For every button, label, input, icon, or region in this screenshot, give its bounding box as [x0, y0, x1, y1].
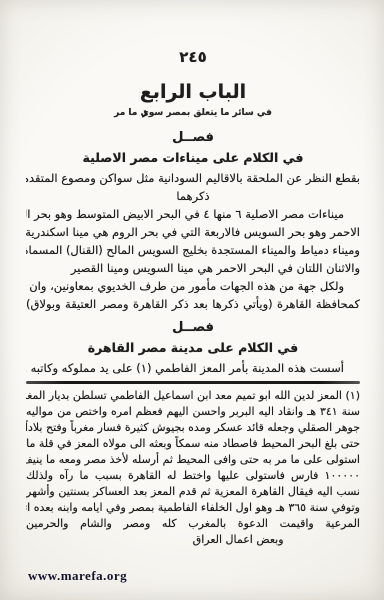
ports-section-body: بقطع النظر عن الملحقة بالاقاليم السوداني…	[26, 169, 360, 313]
body-line: كمحافظة القاهرة (ويأتي ذكرها بعد ذكر الق…	[26, 295, 360, 313]
body-line: ذكرهما	[26, 187, 360, 205]
footnote-line: استولى على ما مر به حتى وافى المحيط ثم أ…	[26, 452, 360, 468]
page-number: ٢٤٥	[26, 48, 360, 66]
body-line: أسست هذه المدينة بأمر المعز الفاطمي (١) …	[26, 359, 360, 377]
body-line: الاحمر وهو بحر السويس فالاربعة التي في ب…	[26, 223, 360, 241]
cairo-section-body: أسست هذه المدينة بأمر المعز الفاطمي (١) …	[26, 359, 360, 377]
section-heading-ports: فصــل	[26, 129, 360, 146]
chapter-title: الباب الرابع	[26, 80, 360, 105]
body-line: وميناء دمياط والميناء المستجدة بخليج الس…	[26, 241, 360, 259]
book-page: ٢٤٥ الباب الرابع في سائر ما يتعلق بمصر س…	[0, 0, 384, 600]
section-subheading-ports: في الكلام على ميناءات مصر الاصلية	[26, 150, 360, 166]
footnote-line: المرعية واقيمت الدعوة بالمغرب كله ومصر و…	[26, 516, 360, 532]
footnote-line: ١٠٠٠٠٠ فارس فاستولى عليها واختط له القاه…	[26, 468, 360, 484]
chapter-subtitle: في سائر ما يتعلق بمصر سوى ما مر	[26, 107, 360, 119]
section-subheading-cairo: في الكلام على مدينة مصر القاهرة	[26, 340, 360, 356]
body-line: ولكل جهة من هذه الجهات مأمور من طرف الخد…	[26, 277, 360, 295]
footnote-line: وبعض اعمال العراق	[26, 532, 360, 548]
marefa-watermark: www.marefa.org	[28, 568, 127, 584]
footnote-line: وتوفي سنة ٣٦٥ هـ وهو اول الخلفاء الفاطمي…	[26, 500, 360, 516]
footnote-line: جوهر الصقلي وجعله قائد عسكر ومده بجيوش ك…	[26, 420, 360, 436]
footnote-line: حتى بلغ البحر المحيط فاصطاد منه سمكاً وب…	[26, 436, 360, 452]
body-line: والاثنان اللتان في البحر الاحمر هي مينا …	[26, 259, 360, 277]
footnote-line: سنة ٣٤١ هـ وانقاد اليه البربر واحسن اليه…	[26, 404, 360, 420]
section-heading-cairo: فصــل	[26, 319, 360, 336]
body-line: بقطع النظر عن الملحقة بالاقاليم السوداني…	[26, 169, 360, 187]
footnote-block: (١) المعز لدين الله ابو تميم معد ابن اسم…	[26, 388, 360, 548]
footnote-line: (١) المعز لدين الله ابو تميم معد ابن اسم…	[26, 388, 360, 404]
page-content: ٢٤٥ الباب الرابع في سائر ما يتعلق بمصر س…	[0, 0, 384, 600]
footnote-divider	[26, 381, 360, 384]
body-line: ميناءات مصر الاصلية ٦ منها ٤ في البحر ال…	[26, 205, 360, 223]
footnote-line: نسب اليه فيقال القاهرة المعزية ثم قدم ال…	[26, 484, 360, 500]
